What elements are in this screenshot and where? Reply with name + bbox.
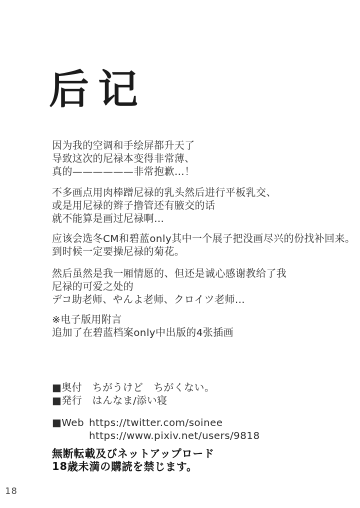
paragraph-line: 就不能算是画过尼禄啊… <box>52 214 276 227</box>
paragraph-line: 因为我的空调和手绘屏都升天了 <box>52 141 195 154</box>
paragraph-thanks: 然后虽然是我一厢情愿的、但还是诚心感谢教给了我 尼禄的可爱之处的 デコ助老师、や… <box>52 269 287 307</box>
page-title: 后记 <box>49 68 147 112</box>
paragraph-line: デコ助老师、やんよ老师、クロイツ老师… <box>52 295 287 308</box>
colophon-block: ■奥付 ちがうけど ちがくない。 ■発行 はんなま/添い寝 <box>52 383 215 409</box>
copyright-warning: 無断転載及びネットアップロード 18歳未満の購読を禁じます。 <box>52 448 214 474</box>
web-links-block: ■Web https://twitter.com/soinee https://… <box>52 418 260 444</box>
colophon-okuzuke-line: ■奥付 ちがうけど ちがくない。 <box>52 383 215 396</box>
paragraph-line: 或是用尼禄的辫子撸管还有腋交的话 <box>52 201 276 214</box>
paragraph-regret: 不多画点用肉棒蹭尼禄的乳头然后进行平板乳交、 或是用尼禄的辫子撸管还有腋交的话 … <box>52 188 276 226</box>
paragraph-line: 尼禄的可爱之处的 <box>52 282 287 295</box>
page-number: 18 <box>5 487 17 497</box>
warning-line: 18歳未満の購読を禁じます。 <box>52 461 214 474</box>
paragraph-line: 真的——————非常抱歉…！ <box>52 167 195 180</box>
colophon-hakkou-line: ■発行 はんなま/添い寝 <box>52 396 215 409</box>
afterword-page: 后记 因为我的空调和手绘屏都升天了 导致这次的尼禄本变得非常薄、 真的—————… <box>0 0 360 508</box>
paragraph-line: 然后虽然是我一厢情愿的、但还是诚心感谢教给了我 <box>52 269 287 282</box>
twitter-url: https://twitter.com/soinee <box>89 418 223 431</box>
paragraph-digital-note: ※电子版用附言 追加了在碧蓝档案only中出版的4张插画 <box>52 315 234 341</box>
paragraph-line: ※电子版用附言 <box>52 315 234 328</box>
paragraph-line: 到时候一定要操尼禄的菊花。 <box>52 247 355 260</box>
paragraph-line: 应该会选冬CM和碧蓝only其中一个展子把没画尽兴的份找补回来。 <box>52 234 355 247</box>
web-label: ■Web <box>52 418 89 431</box>
web-line: ■Web https://twitter.com/soinee <box>52 418 260 431</box>
pixiv-url: https://www.pixiv.net/users/9818 <box>52 431 260 444</box>
paragraph-line: 追加了在碧蓝档案only中出版的4张插画 <box>52 328 234 341</box>
paragraph-next-event: 应该会选冬CM和碧蓝only其中一个展子把没画尽兴的份找补回来。 到时候一定要操… <box>52 234 355 260</box>
paragraph-line: 不多画点用肉棒蹭尼禄的乳头然后进行平板乳交、 <box>52 188 276 201</box>
paragraph-apology: 因为我的空调和手绘屏都升天了 导致这次的尼禄本变得非常薄、 真的——————非常… <box>52 141 195 179</box>
paragraph-line: 导致这次的尼禄本变得非常薄、 <box>52 154 195 167</box>
warning-line: 無断転載及びネットアップロード <box>52 448 214 461</box>
